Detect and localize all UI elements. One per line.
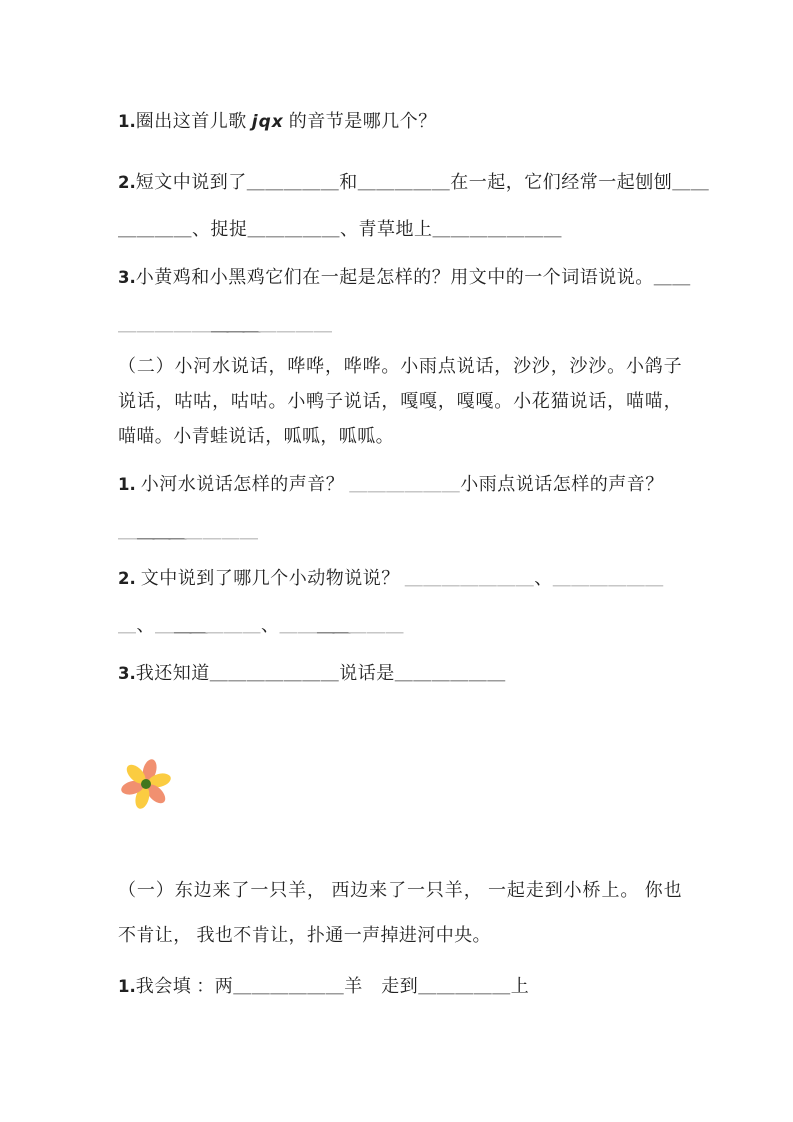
passage-two-question-2: 2. 文中说到了哪几个小动物说说？ ＿＿＿＿＿＿＿、＿＿＿＿＿＿ ＿、＿＿＿＿＿… (118, 555, 682, 648)
fill-blank: ＿＿＿＿＿ (358, 172, 451, 192)
fill-blank: ＿ (155, 615, 174, 635)
fill-blank: ＿＿＿＿ (118, 219, 192, 239)
question-line: 2. 文中说到了哪几个小动物说说？ ＿＿＿＿＿＿＿、＿＿＿＿＿＿ (118, 555, 682, 602)
question-text: 短文中说到了 (136, 172, 247, 192)
passage-text: 东边来了一只羊， 西边来了一只羊， 一起走到小桥上。 你也不肯让， 我也不肯让，… (118, 880, 682, 945)
question-text: 、 (137, 615, 156, 635)
question-text: 、捉捉 (192, 219, 248, 239)
fill-blank: ＿ (118, 615, 137, 635)
fill-blank: ＿＿＿＿＿＿ (395, 663, 506, 683)
fill-blank: ＿＿＿ (349, 615, 405, 635)
question-text: 小黄鸡和小黑鸡它们在一起是怎样的？用文中的一个词语说说。 (136, 267, 654, 287)
fill-blank: ＿＿＿＿＿＿ (553, 568, 664, 588)
question-number: 1. (118, 977, 136, 996)
question-line: 1. 小河水说话怎样的声音？ ＿＿＿＿＿＿小雨点说话怎样的声音？ (118, 461, 682, 508)
question-line: 2.短文中说到了＿＿＿＿＿和＿＿＿＿＿在一起，它们经常一起刨刨＿＿ (118, 159, 682, 206)
question-text: 羊 走到 (344, 976, 418, 996)
question-number: 1. (118, 112, 136, 131)
fill-blank: ＿＿＿＿＿＿ (233, 976, 344, 996)
fill-blank: ＿＿＿＿＿＿ (349, 474, 460, 494)
question-text: 的音节是哪几个？ (284, 111, 437, 131)
fill-blank: ＿＿＿ (137, 521, 185, 541)
fill-blank: ＿＿ (174, 615, 206, 635)
question-text: 、青草地上 (340, 219, 433, 239)
question-text: 上 (511, 976, 530, 996)
flower-decoration (120, 756, 682, 810)
fill-blank: ＿＿＿＿ (185, 521, 259, 541)
fill-blank: ＿＿＿＿＿ (247, 172, 340, 192)
fill-blank: ＿＿＿＿＿＿＿ (433, 219, 563, 239)
prev-question-3: 3.小黄鸡和小黑鸡它们在一起是怎样的？用文中的一个词语说说。＿＿ ＿＿＿＿＿＿＿… (118, 254, 682, 347)
question-number: 1. (118, 475, 136, 494)
question-text: 在一起，它们经常一起刨刨 (450, 172, 672, 192)
question-text: 我会填 ：两 (136, 976, 234, 996)
answer-line: ＿、＿＿＿＿＿＿、＿＿＿＿＿＿＿ (118, 602, 682, 648)
fill-blank: ＿ (118, 521, 137, 541)
question-text: 、 (534, 568, 553, 588)
question-number: 2. (118, 173, 136, 192)
question-text: 说话是 (339, 663, 395, 683)
fill-blank: ＿＿ (654, 267, 691, 287)
question-text: 、 (261, 615, 280, 635)
question-text: 小雨点说话怎样的声音？ (460, 474, 664, 494)
fill-blank: ＿＿＿＿＿ (248, 219, 341, 239)
fill-blank: ＿＿＿＿＿ (118, 314, 211, 334)
passage-two-question-1: 1. 小河水说话怎样的声音？ ＿＿＿＿＿＿小雨点说话怎样的声音？ ＿＿＿＿＿＿＿… (118, 461, 682, 554)
fill-blank: ＿＿ (280, 615, 317, 635)
passage-two-question-3: 3.我还知道＿＿＿＿＿＿＿说话是＿＿＿＿＿＿ (118, 650, 682, 697)
fill-blank: ＿＿＿ (206, 615, 262, 635)
question-text: 和 (339, 172, 358, 192)
prev-question-1: 1.圈出这首儿歌 jqx 的音节是哪几个？ (118, 98, 682, 145)
passage-two: （二）小河水说话，哗哗，哗哗。小雨点说话，沙沙，沙沙。小鸽子说话，咕咕，咕咕。小… (118, 349, 682, 454)
passage-one-question-1: 1.我会填 ：两＿＿＿＿＿＿羊 走到＿＿＿＿＿上 (118, 963, 682, 1010)
question-text: 文中说到了哪几个小动物说说？ (136, 568, 405, 588)
passage-label: （一） (118, 880, 175, 900)
prev-question-2: 2.短文中说到了＿＿＿＿＿和＿＿＿＿＿在一起，它们经常一起刨刨＿＿ ＿＿＿＿、捉… (118, 159, 682, 252)
pinyin-jqx: jqx (252, 112, 284, 132)
passage-label: （二） (118, 356, 174, 376)
question-line: ＿＿＿＿、捉捉＿＿＿＿＿、青草地上＿＿＿＿＿＿＿ (118, 206, 682, 252)
fill-blank: ＿＿＿＿＿＿＿ (405, 568, 535, 588)
question-text: 我还知道 (136, 663, 210, 683)
question-number: 3. (118, 664, 136, 683)
fill-blank: ＿＿ (672, 172, 709, 192)
question-number: 2. (118, 569, 136, 588)
fill-blank: ＿＿＿ (211, 314, 259, 334)
flower-icon (120, 756, 172, 810)
passage-text: 小河水说话，哗哗，哗哗。小雨点说话，沙沙，沙沙。小鸽子说话，咕咕，咕咕。小鸭子说… (118, 356, 682, 446)
passage-one: （一）东边来了一只羊， 西边来了一只羊， 一起走到小桥上。 你也不肯让， 我也不… (118, 868, 682, 958)
question-text: 小河水说话怎样的声音？ (136, 474, 350, 494)
fill-blank: ＿＿＿＿＿＿＿ (210, 663, 340, 683)
question-text: 圈出这首儿歌 (136, 111, 252, 131)
fill-blank: ＿＿＿＿ (259, 314, 333, 334)
question-number: 3. (118, 268, 136, 287)
fill-blank: ＿＿＿＿＿ (418, 976, 511, 996)
answer-line: ＿＿＿＿＿＿＿＿ (118, 508, 682, 554)
fill-blank: ＿＿ (317, 615, 349, 635)
answer-line: ＿＿＿＿＿＿＿＿＿＿＿＿ (118, 301, 682, 347)
worksheet-content: 1.圈出这首儿歌 jqx 的音节是哪几个？ 2.短文中说到了＿＿＿＿＿和＿＿＿＿… (118, 98, 682, 1010)
question-line: 3.小黄鸡和小黑鸡它们在一起是怎样的？用文中的一个词语说说。＿＿ (118, 254, 682, 301)
worksheet-page: 1.圈出这首儿歌 jqx 的音节是哪几个？ 2.短文中说到了＿＿＿＿＿和＿＿＿＿… (0, 0, 793, 1122)
